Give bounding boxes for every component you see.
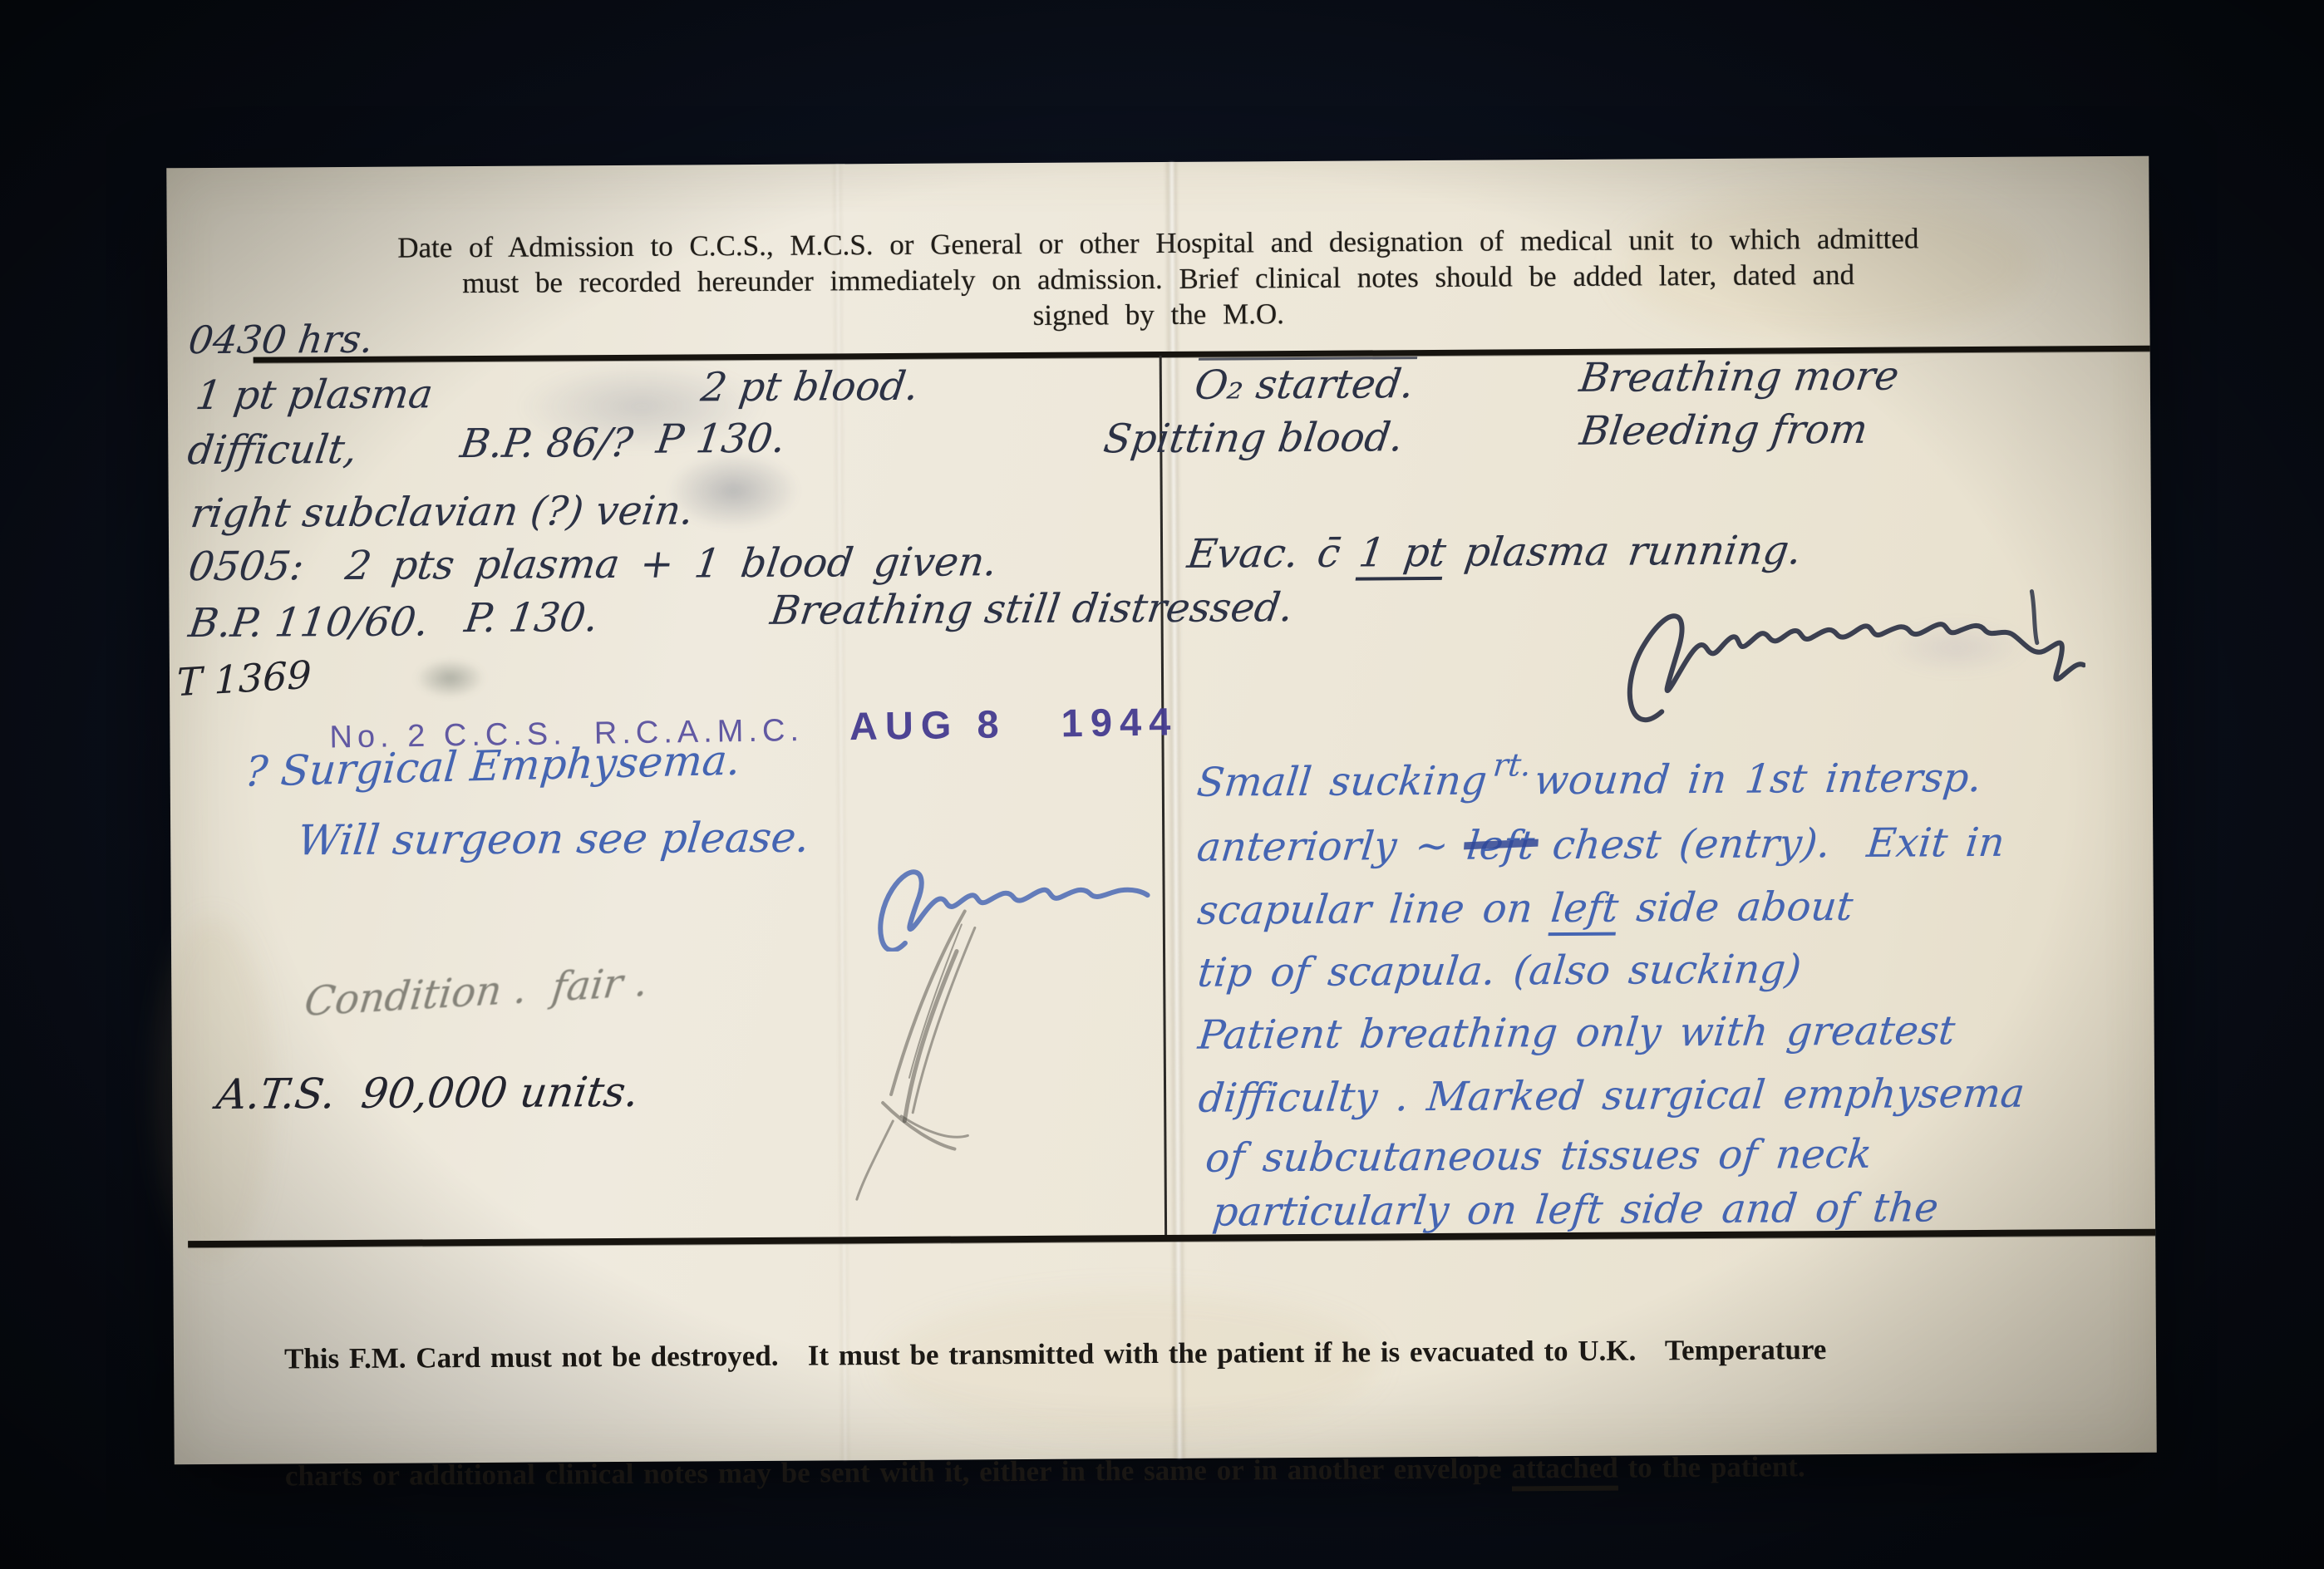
note-ats-dose: A.T.S. 90,000 units.	[214, 1068, 642, 1119]
note-o2-started: O₂ started.	[1192, 361, 1417, 409]
blue-note-surgeon: Will surgeon see please.	[295, 814, 811, 865]
photo-background: Date of Admission to C.C.S., M.C.S. or G…	[0, 0, 2324, 1569]
wound-l1b: wound in 1st intersp.	[1532, 755, 1983, 804]
wound-struck-left: left	[1465, 822, 1536, 869]
ink-smudge	[415, 658, 485, 699]
note-breathing-more: Breathing more	[1577, 353, 1902, 401]
footer-l2c: to the patient.	[1618, 1450, 1805, 1483]
printed-header: Date of Admission to C.C.S., M.C.S. or G…	[250, 219, 2067, 337]
note-o2-text: O₂ started.	[1192, 357, 1417, 409]
blue-wound-line-4: tip of scapula. (also sucking)	[1195, 945, 1803, 996]
blue-wound-line-1: Small suckingrt.wound in 1st intersp.	[1194, 754, 1984, 809]
note-difficult: difficult,	[185, 426, 361, 474]
printed-footer: This F.M. Card must not be destroyed. It…	[283, 1250, 2097, 1569]
note-bp-86: B.P. 86/?	[457, 420, 635, 467]
serial-number: T 1369	[176, 652, 312, 706]
note-spitting-blood: Spitting blood.	[1100, 414, 1406, 462]
note-pulse-130b: P. 130.	[462, 594, 601, 642]
note-evac-post: plasma running.	[1442, 527, 1804, 576]
footer-l2a: charts or additional clinical notes may …	[285, 1452, 1512, 1492]
column-divider	[1160, 356, 1167, 1237]
note-evac: Evac. c̄ 1 pt plasma running.	[1184, 527, 1805, 578]
footer-attached-underlined: attached	[1511, 1452, 1618, 1492]
note-evac-underlined: 1 pt	[1356, 529, 1449, 581]
date-stamp-text: AUG 8 1944	[849, 699, 1179, 748]
blue-wound-line-2: anteriorly ~ left chest (entry). Exit in	[1194, 819, 2006, 872]
note-blood: 2 pt blood.	[698, 363, 921, 411]
signature-medical-officer	[1611, 584, 2085, 728]
wound-l3b: side about	[1616, 883, 1855, 932]
note-plasma: 1 pt plasma	[193, 371, 436, 419]
footer-line-1: This F.M. Card must not be destroyed. It…	[284, 1328, 2096, 1378]
wound-inserted-rt: rt.	[1491, 740, 1534, 789]
note-bleeding-from: Bleeding from	[1577, 406, 1870, 455]
wound-l2b: chest (entry). Exit in	[1532, 819, 2006, 868]
pencil-condition-note: Condition . fair .	[302, 959, 650, 1026]
wound-l3a: scapular line on	[1195, 885, 1553, 934]
wound-l2a: anteriorly ~	[1195, 823, 1470, 871]
admission-time-note: 0430 hrs.	[186, 317, 377, 362]
note-breathing-distressed: Breathing still distressed.	[768, 584, 1296, 634]
wound-l1a: Small sucking	[1194, 758, 1489, 806]
pencil-scribble	[716, 903, 992, 1220]
blue-wound-line-6: difficulty . Marked surgical emphysema	[1196, 1070, 2026, 1123]
wound-underlined-left: left	[1549, 885, 1621, 937]
blue-wound-line-7: of subcutaneous tissues of neck	[1204, 1130, 1874, 1183]
blue-wound-line-3: scapular line on left side about	[1195, 883, 1855, 935]
note-pulse-130: P 130.	[653, 416, 788, 463]
field-medical-card: Date of Admission to C.C.S., M.C.S. or G…	[166, 156, 2156, 1465]
blue-wound-line-8: particularly on left side and of the	[1210, 1183, 1941, 1236]
note-0505: 0505: 2 pts plasma + 1 blood given.	[185, 539, 1000, 590]
blue-wound-line-5: Patient breathing only with greatest	[1196, 1006, 1957, 1060]
footer-line-2: charts or additional clinical notes may …	[285, 1445, 2097, 1495]
note-subclavian: right subclavian (?) vein.	[188, 487, 697, 537]
note-evac-pre: Evac. c̄	[1184, 530, 1362, 578]
note-bp-110: B.P. 110/60.	[186, 598, 431, 647]
